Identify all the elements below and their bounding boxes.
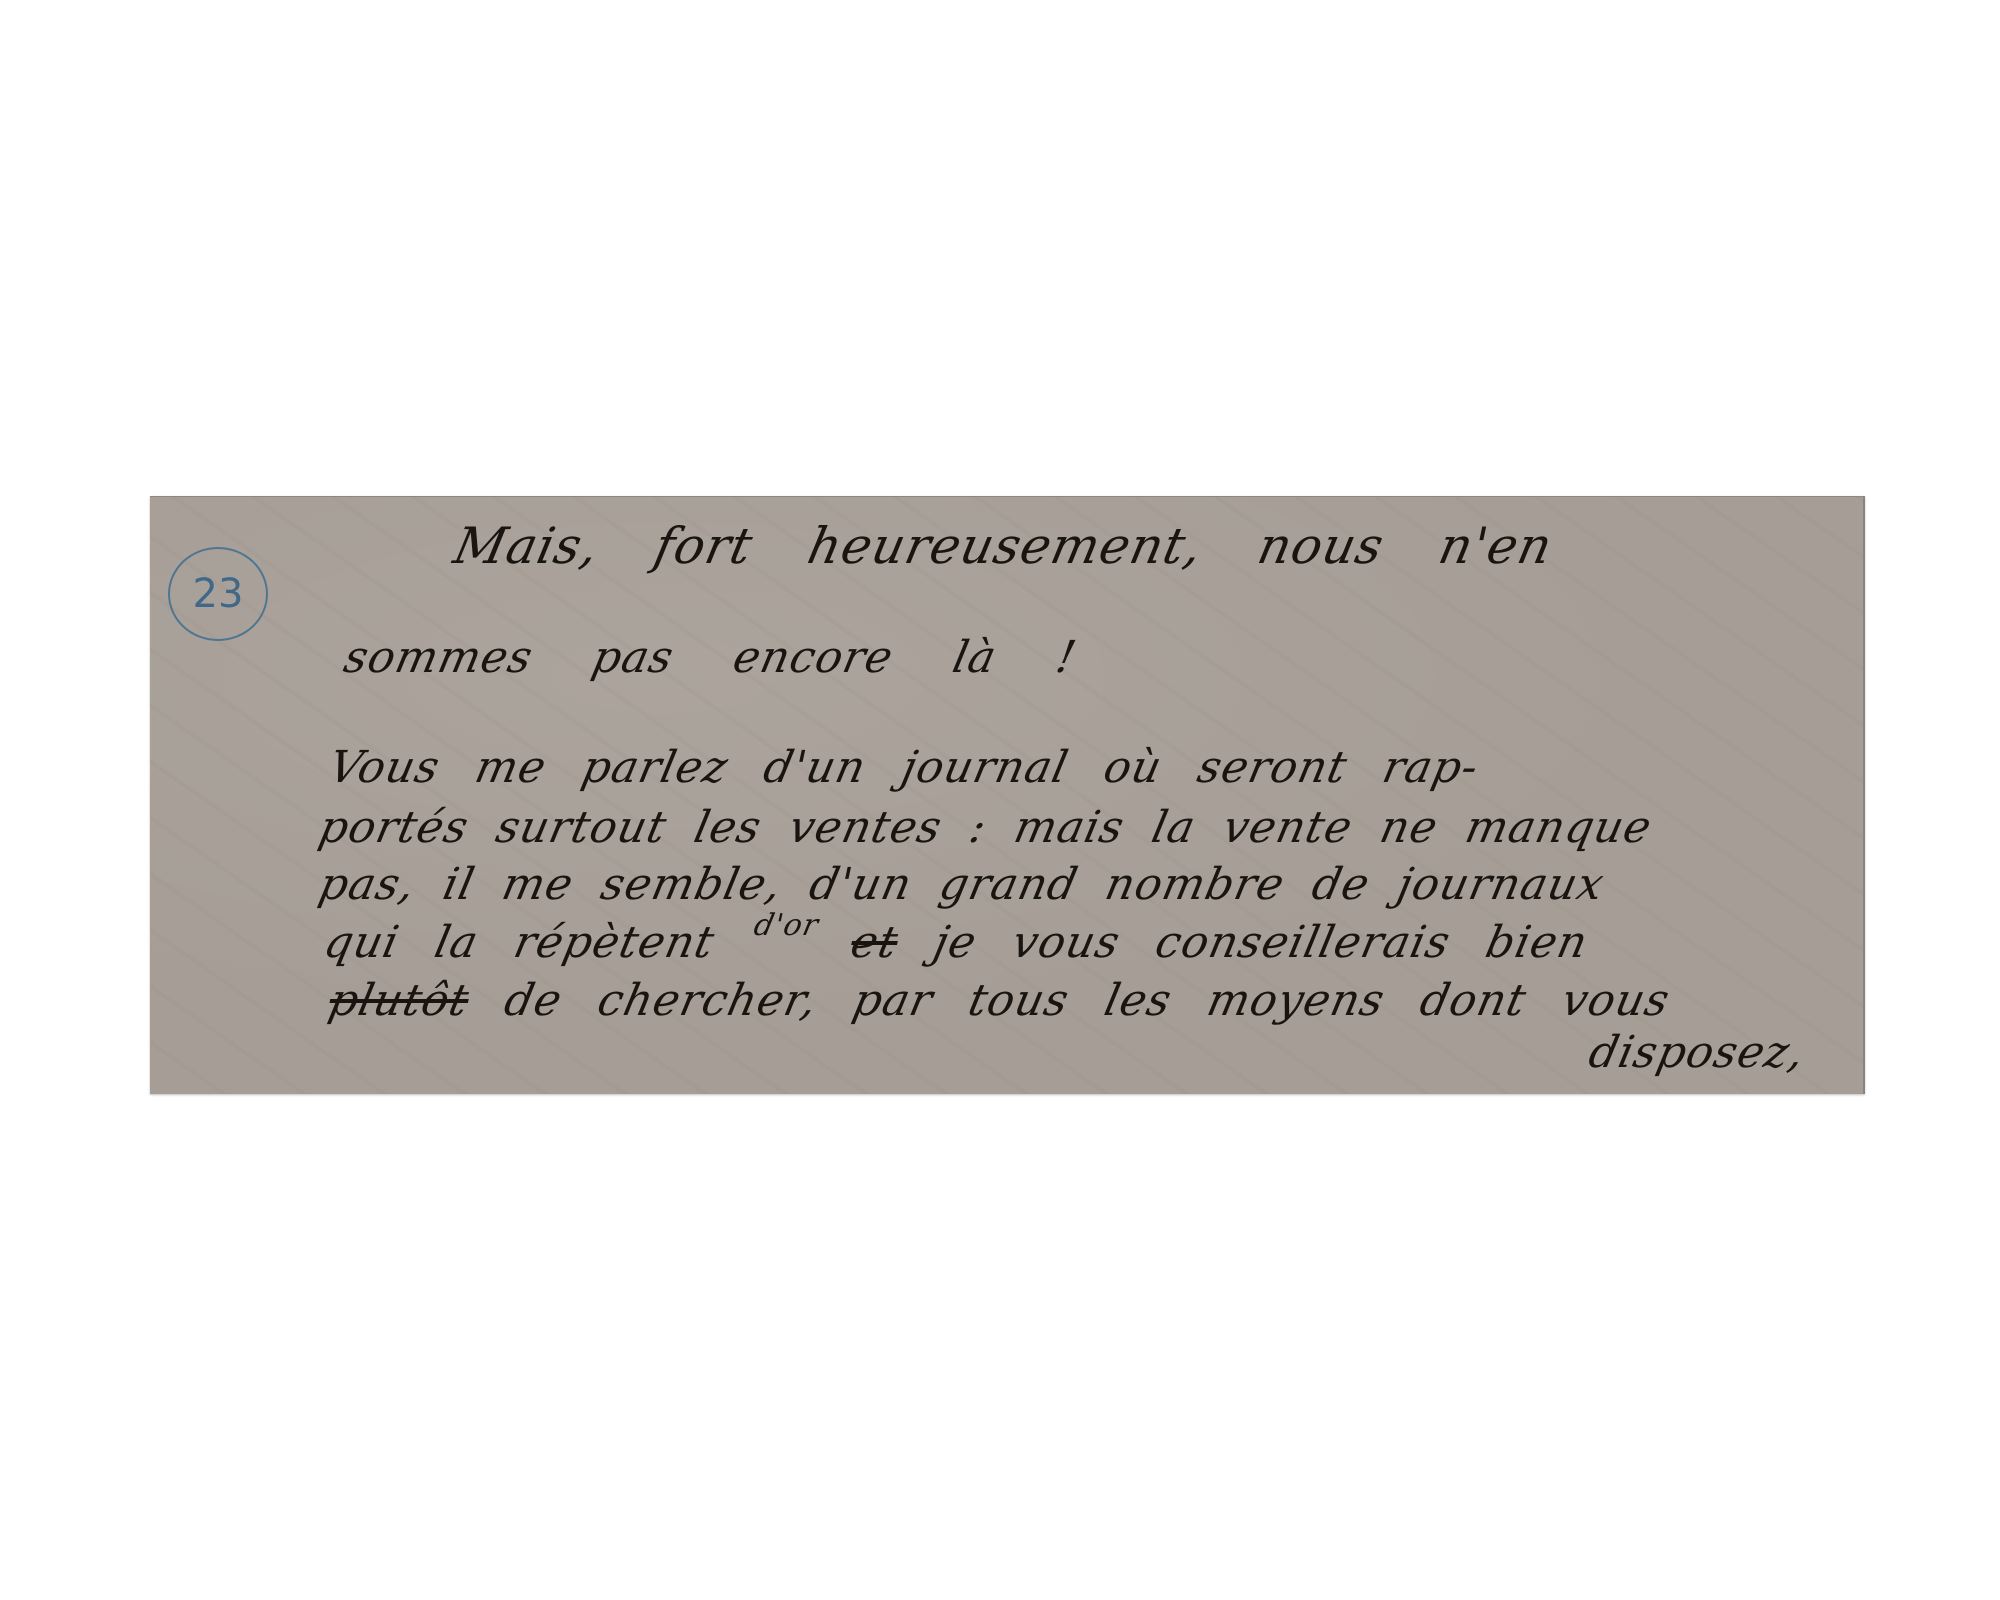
line-6-start: qui la répètent [320, 917, 720, 968]
handwritten-line-7: plutôt de chercher, par tous les moyens … [325, 975, 1675, 1026]
handwritten-line-3: Vous me parlez d'un journal où seront ra… [325, 742, 1484, 793]
struck-word: plutôt [325, 975, 474, 1026]
line-6-end: je vous conseillerais bien [929, 917, 1593, 968]
line-7-end: de chercher, par tous les moyens dont vo… [500, 975, 1674, 1026]
interlinear-insertion: d'or [751, 908, 822, 943]
folio-number-circle: 23 [168, 547, 268, 641]
letter-paper: 23 Mais, fort heureusement, nous n'en so… [150, 496, 1865, 1094]
handwritten-line-6: qui la répètent d'or et je vous conseill… [320, 917, 1593, 968]
handwritten-line-8: disposez, [1585, 1027, 1810, 1078]
handwritten-line-1: Mais, fort heureusement, nous n'en [449, 517, 1558, 575]
handwritten-line-4: portés surtout les ventes : mais la vent… [315, 802, 1657, 853]
handwritten-line-5: pas, il me semble, d'un grand nombre de … [315, 859, 1609, 910]
handwritten-line-2: sommes pas encore là ! [340, 632, 1081, 683]
struck-word: et [846, 917, 903, 968]
